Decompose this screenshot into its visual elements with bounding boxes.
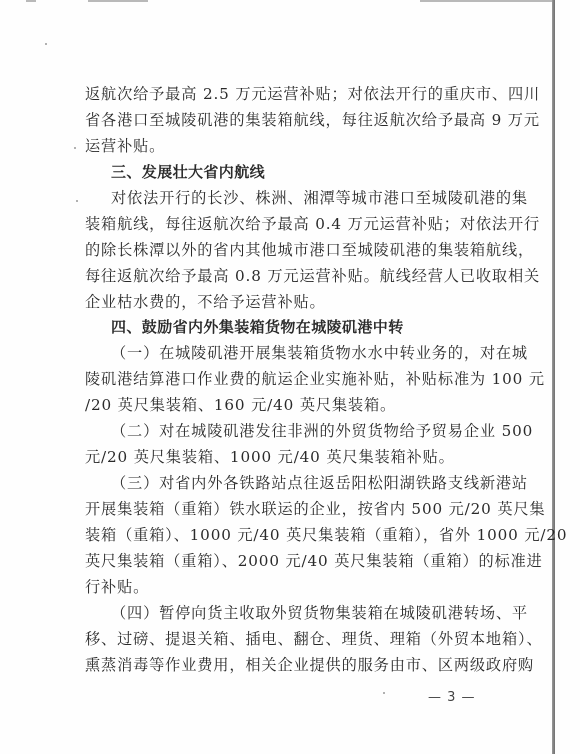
paragraph-line: 对依法开行的长沙、株洲、湘潭等城市港口至城陵矶港的集 [85, 186, 475, 212]
paragraph-line: 元/20 英尺集装箱、1000 元/40 英尺集装箱补贴。 [85, 445, 475, 471]
paragraph-line: （三）对省内外各铁路站点往返岳阳松阳湖铁路支线新港站 [85, 471, 475, 497]
paragraph-line: 的除长株潭以外的省内其他城市港口至城陵矶港的集装箱航线， [85, 238, 475, 264]
paragraph-line: 移、过磅、提退关箱、插电、翻仓、理货、理箱（外贸本地箱）、 [85, 627, 475, 653]
page-number: — 3 — [428, 690, 476, 705]
paragraph-line: （二）对在城陵矶港发往非洲的外贸货物给予贸易企业 500 [85, 419, 475, 445]
paragraph-line: 运营补贴。 [85, 134, 475, 160]
paragraph-line: 熏蒸消毒等作业费用，相关企业提供的服务由市、区两级政府购 [85, 653, 475, 679]
paragraph-line: 省各港口至城陵矶港的集装箱航线，每往返航次给予最高 9 万元 [85, 108, 475, 134]
scan-artifact [420, 0, 552, 2]
paragraph-line: （四）暂停向货主收取外贸货物集装箱在城陵矶港转场、平 [85, 601, 475, 627]
paragraph-line: 装箱（重箱）、1000 元/40 英尺集装箱（重箱），省外 1000 元/20 [85, 523, 475, 549]
document-page: 返航次给予最高 2.5 万元运营补贴；对依法开行的重庆市、四川 省各港口至城陵矶… [0, 0, 580, 754]
scan-speck [45, 43, 47, 45]
scan-speck [74, 147, 76, 149]
paragraph-line: /20 英尺集装箱、160 元/40 英尺集装箱。 [85, 393, 475, 419]
document-body: 返航次给予最高 2.5 万元运营补贴；对依法开行的重庆市、四川 省各港口至城陵矶… [85, 82, 475, 679]
paragraph-line: （一）在城陵矶港开展集装箱货物水水中转业务的，对在城 [85, 341, 475, 367]
scan-speck [76, 200, 78, 202]
section-heading-4: 四、鼓励省内外集装箱货物在城陵矶港中转 [85, 315, 475, 341]
paragraph-line: 开展集装箱（重箱）铁水联运的企业，按省内 500 元/20 英尺集 [85, 497, 475, 523]
paragraph-line: 返航次给予最高 2.5 万元运营补贴；对依法开行的重庆市、四川 [85, 82, 475, 108]
paragraph-line: 企业枯水费的，不给予运营补贴。 [85, 290, 475, 316]
scan-speck [383, 692, 385, 694]
paragraph-line: 每往返航次给予最高 0.8 万元运营补贴。航线经营人已收取相关 [85, 264, 475, 290]
paragraph-line: 陵矶港结算港口作业费的航运企业实施补贴，补贴标准为 100 元 [85, 367, 475, 393]
scan-artifact [88, 0, 148, 2]
page-edge-border [552, 0, 555, 754]
scan-artifact [26, 0, 36, 2]
paragraph-line: 行补贴。 [85, 575, 475, 601]
paragraph-line: 装箱航线，每往返航次给予最高 0.4 万元运营补贴；对依法开行 [85, 212, 475, 238]
paragraph-line: 英尺集装箱（重箱）、2000 元/40 英尺集装箱（重箱）的标准进 [85, 549, 475, 575]
section-heading-3: 三、发展壮大省内航线 [85, 160, 475, 186]
